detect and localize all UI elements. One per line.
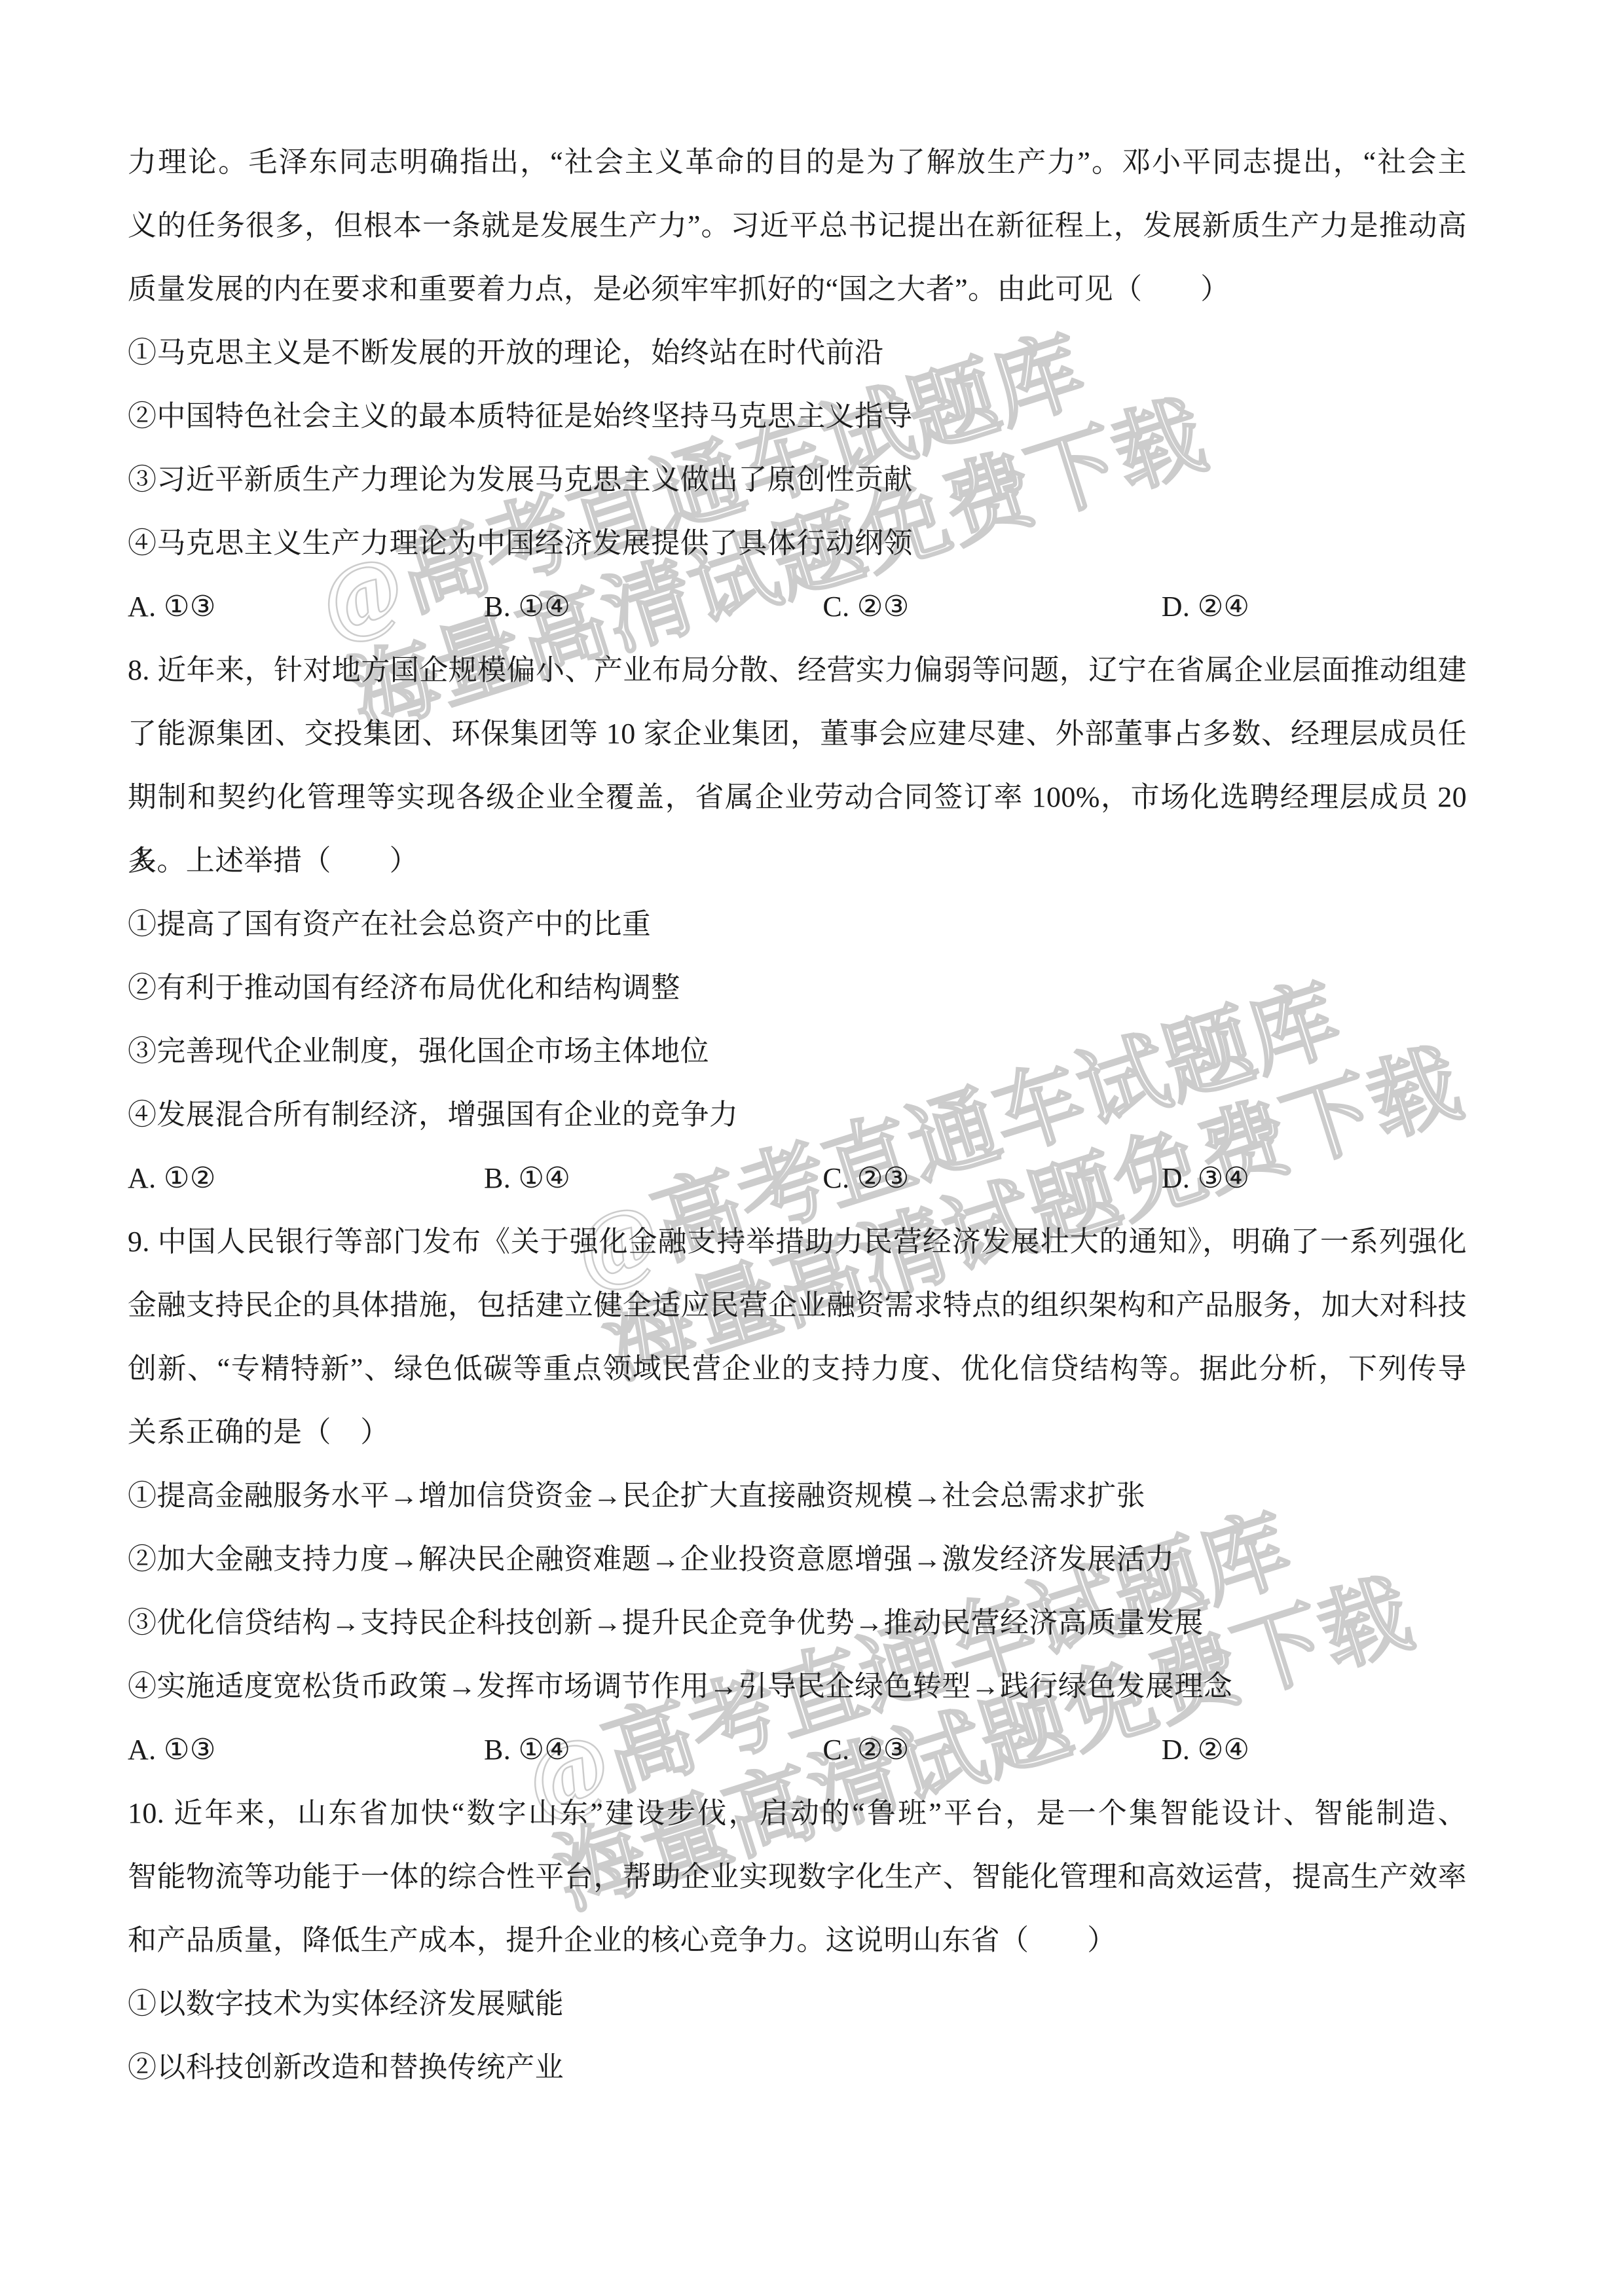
- question9-option-line: ③优化信贷结构→支持民企科技创新→提升民企竞争优势→推动民营经济高质量发展: [128, 1591, 1467, 1654]
- question8-option-line: ③完善现代企业制度，强化国企市场主体地位: [128, 1019, 1467, 1083]
- question9-answer-row: A. ①③ B. ①④ C. ②③ D. ②④: [128, 1718, 1467, 1781]
- question8-option-line: ④发展混合所有制经济，增强国有企业的竞争力: [128, 1083, 1467, 1146]
- question9-option-line: ①提高金融服务水平→增加信贷资金→民企扩大直接融资规模→社会总需求扩张: [128, 1464, 1467, 1527]
- answer-option-a: A. ①③: [128, 575, 484, 638]
- question7-option-line: ④马克思主义生产力理论为中国经济发展提供了具体行动纲领: [128, 511, 1467, 575]
- answer-option-a: A. ①②: [128, 1146, 484, 1210]
- answer-option-b: B. ①④: [484, 1146, 822, 1210]
- answer-option-c: C. ②③: [822, 575, 1161, 638]
- answer-option-d: D. ②④: [1162, 1718, 1467, 1781]
- question7-stem-line: 力理论。毛泽东同志明确指出，“社会主义革命的目的是为了解放生产力”。邓小平同志提…: [128, 130, 1467, 194]
- question10-option-line: ②以科技创新改造和替换传统产业: [128, 2035, 1467, 2099]
- question7-answer-row: A. ①③ B. ①④ C. ②③ D. ②④: [128, 575, 1467, 638]
- question10-option-line: ①以数字技术为实体经济发展赋能: [128, 1972, 1467, 2035]
- question7-option-line: ②中国特色社会主义的最本质特征是始终坚持马克思主义指导: [128, 384, 1467, 448]
- question9-stem-line: 创新、“专精特新”、绿色低碳等重点领域民营企业的支持力度、优化信贷结构等。据此分…: [128, 1337, 1467, 1400]
- question8-stem-line: 期制和契约化管理等实现各级企业全覆盖，省属企业劳动合同签订率 100%，市场化选…: [128, 765, 1467, 829]
- answer-option-b: B. ①④: [484, 575, 822, 638]
- answer-option-a: A. ①③: [128, 1718, 484, 1781]
- question9-option-line: ②加大金融支持力度→解决民企融资难题→企业投资意愿增强→激发经济发展活力: [128, 1527, 1467, 1591]
- answer-option-d: D. ②④: [1162, 575, 1467, 638]
- question7-option-line: ③习近平新质生产力理论为发展马克思主义做出了原创性贡献: [128, 448, 1467, 511]
- question10-stem-line: 10. 近年来，山东省加快“数字山东”建设步伐，启动的“鲁班”平台，是一个集智能…: [128, 1781, 1467, 1845]
- question10-stem-line: 智能物流等功能于一体的综合性平台，帮助企业实现数字化生产、智能化管理和高效运营，…: [128, 1845, 1467, 1908]
- question8-option-line: ①提高了国有资产在社会总资产中的比重: [128, 892, 1467, 956]
- question8-stem-line: 了能源集团、交投集团、环保集团等 10 家企业集团，董事会应建尽建、外部董事占多…: [128, 702, 1467, 765]
- question7-stem-line: 质量发展的内在要求和重要着力点，是必须牢牢抓好的“国之大者”。由此可见（ ）: [128, 257, 1467, 321]
- question8-answer-row: A. ①② B. ①④ C. ②③ D. ③④: [128, 1146, 1467, 1210]
- question8-option-line: ②有利于推动国有经济布局优化和结构调整: [128, 956, 1467, 1019]
- answer-option-c: C. ②③: [822, 1718, 1161, 1781]
- exam-page-body: 力理论。毛泽东同志明确指出，“社会主义革命的目的是为了解放生产力”。邓小平同志提…: [128, 130, 1467, 2099]
- question8-stem-line: 人。上述举措（ ）: [128, 829, 1467, 892]
- answer-option-d: D. ③④: [1162, 1146, 1467, 1210]
- question9-stem-line: 关系正确的是（ ）: [128, 1400, 1467, 1464]
- question10-stem-line: 和产品质量，降低生产成本，提升企业的核心竞争力。这说明山东省（ ）: [128, 1908, 1467, 1972]
- question9-option-line: ④实施适度宽松货币政策→发挥市场调节作用→引导民企绿色转型→践行绿色发展理念: [128, 1654, 1467, 1718]
- answer-option-b: B. ①④: [484, 1718, 822, 1781]
- question8-stem-line: 8. 近年来，针对地方国企规模偏小、产业布局分散、经营实力偏弱等问题，辽宁在省属…: [128, 638, 1467, 702]
- answer-option-c: C. ②③: [822, 1146, 1161, 1210]
- question9-stem-line: 9. 中国人民银行等部门发布《关于强化金融支持举措助力民营经济发展壮大的通知》，…: [128, 1210, 1467, 1273]
- question7-stem-line: 义的任务很多，但根本一条就是发展生产力”。习近平总书记提出在新征程上，发展新质生…: [128, 194, 1467, 257]
- question7-option-line: ①马克思主义是不断发展的开放的理论，始终站在时代前沿: [128, 321, 1467, 384]
- question9-stem-line: 金融支持民企的具体措施，包括建立健全适应民营企业融资需求特点的组织架构和产品服务…: [128, 1273, 1467, 1337]
